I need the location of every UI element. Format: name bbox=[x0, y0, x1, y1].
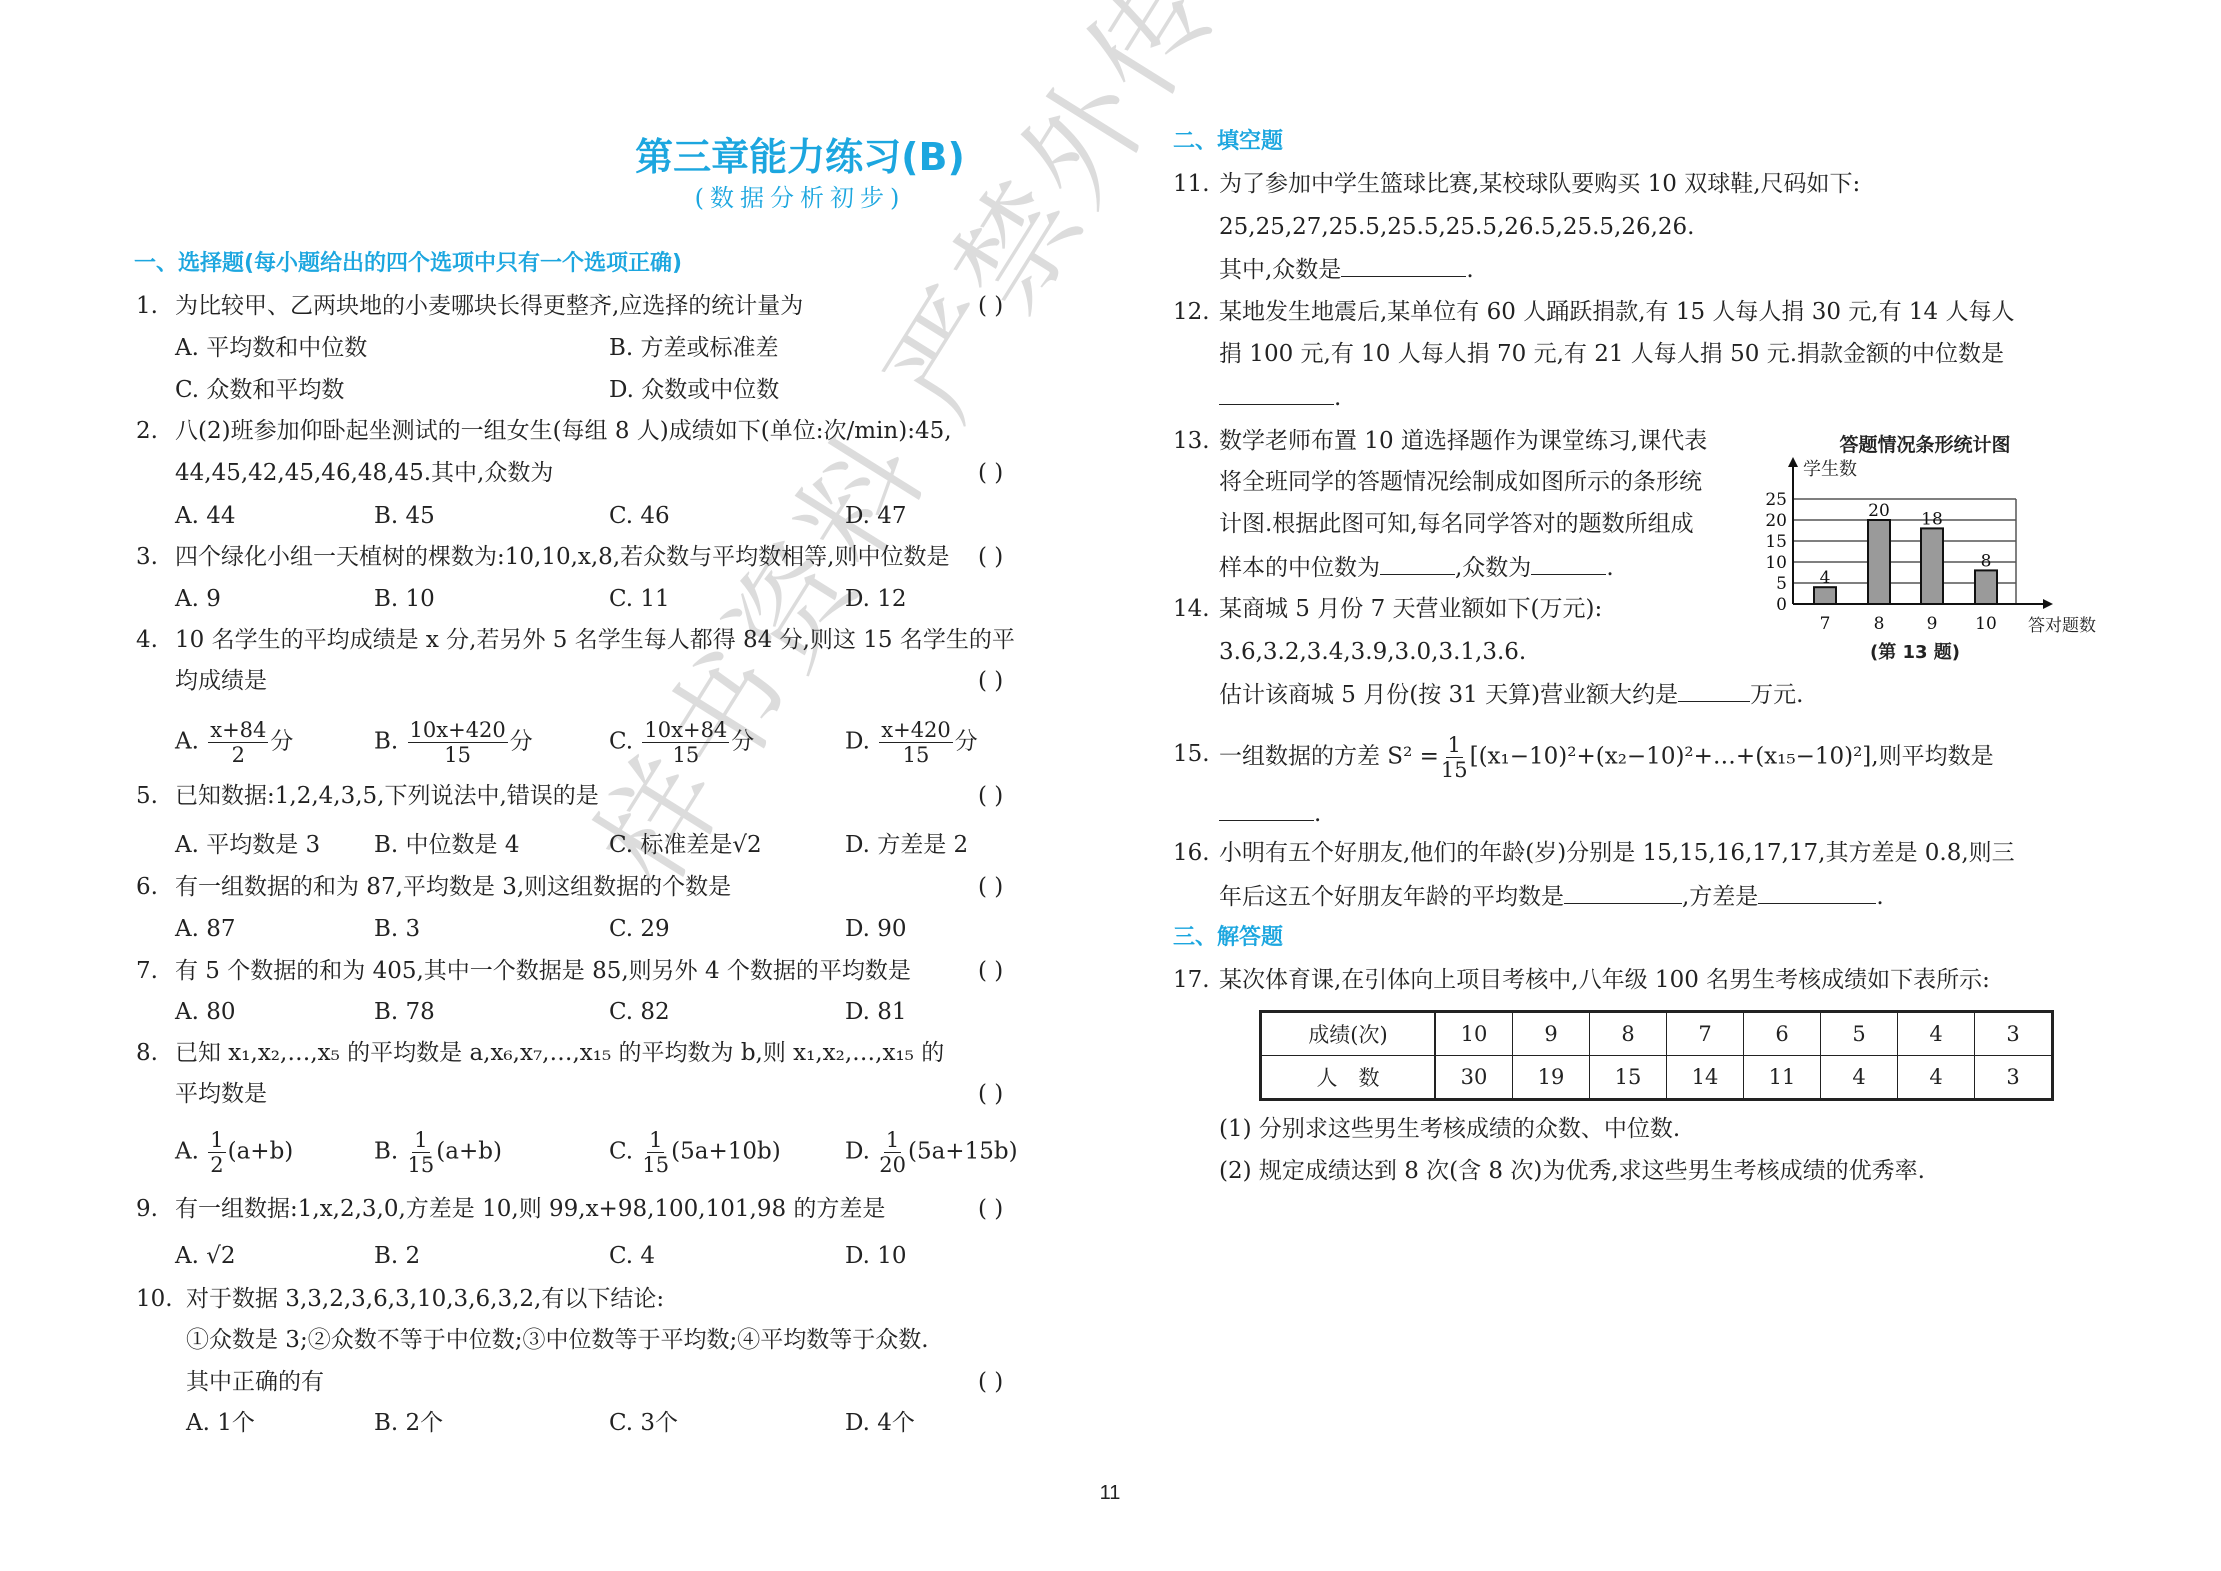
option-b: B. 45 bbox=[374, 501, 435, 531]
option-c: C. 3个 bbox=[609, 1408, 678, 1438]
page-number: 11 bbox=[1090, 1482, 1130, 1505]
table-cell: 3 bbox=[1975, 1056, 2053, 1100]
answer-bracket[interactable]: ( ) bbox=[978, 1367, 1003, 1397]
svg-text:4: 4 bbox=[1820, 568, 1831, 588]
svg-text:25: 25 bbox=[1765, 490, 1787, 510]
option-b: B. 2个 bbox=[374, 1408, 443, 1438]
question-text: 对于数据 3,3,2,3,6,3,10,3,6,3,2,有以下结论: bbox=[186, 1284, 664, 1314]
option-c: C. 46 bbox=[609, 501, 670, 531]
question-text: 某次体育课,在引体向上项目考核中,八年级 100 名男生考核成绩如下表所示: bbox=[1219, 965, 1990, 995]
question-text: 平均数是 bbox=[175, 1079, 267, 1109]
question-number: 16. bbox=[1173, 838, 1210, 868]
svg-text:5: 5 bbox=[1776, 574, 1787, 594]
option-a: A. 9 bbox=[175, 584, 221, 614]
question-text: ①众数是 3;②众数不等于中位数;③中位数等于平均数;④平均数等于众数. bbox=[186, 1325, 929, 1355]
question-number: 5. bbox=[136, 781, 158, 811]
svg-text:20: 20 bbox=[1868, 501, 1890, 521]
question-text: 样本的中位数为,众数为. bbox=[1219, 552, 1614, 583]
table-cell: 3 bbox=[1975, 1012, 2053, 1056]
question-number: 13. bbox=[1173, 426, 1210, 456]
table-row: 人 数 30 19 15 14 11 4 4 3 bbox=[1261, 1056, 2053, 1100]
answer-blank[interactable] bbox=[1219, 382, 1334, 405]
question-text: 计图.根据此图可知,每名同学答对的题数所组成 bbox=[1219, 509, 1694, 539]
option-a: A. 平均数是 3 bbox=[175, 830, 320, 860]
option-c: C. 10x+8415分 bbox=[609, 718, 754, 767]
answer-bracket[interactable]: ( ) bbox=[978, 291, 1003, 321]
option-a: A. 平均数和中位数 bbox=[175, 333, 367, 363]
question-text: 10 名学生的平均成绩是 x 分,若另外 5 名学生每人都得 84 分,则这 1… bbox=[175, 625, 1015, 655]
option-a: A. 12(a+b) bbox=[175, 1128, 293, 1177]
option-c: C. 11 bbox=[609, 584, 670, 614]
question-text: 其中,众数是. bbox=[1219, 254, 1474, 285]
option-c: C. 4 bbox=[609, 1241, 655, 1271]
svg-text:10: 10 bbox=[1975, 614, 1997, 634]
question-number: 8. bbox=[136, 1038, 158, 1068]
option-d: D. 81 bbox=[845, 997, 907, 1027]
option-d: D. x+42015分 bbox=[845, 718, 978, 767]
question-text: 估计该商城 5 月份(按 31 天算)营业额大约是万元. bbox=[1219, 679, 1803, 710]
table-cell: 19 bbox=[1513, 1056, 1590, 1100]
answer-bracket[interactable]: ( ) bbox=[978, 872, 1003, 902]
row-header: 成绩(次) bbox=[1261, 1012, 1436, 1056]
option-c: C. 115(5a+10b) bbox=[609, 1128, 781, 1177]
table-cell: 7 bbox=[1667, 1012, 1744, 1056]
page-subtitle: (数据分析初步) bbox=[600, 178, 1000, 213]
question-text: 44,45,42,45,46,48,45.其中,众数为 bbox=[175, 458, 553, 488]
question-text: 某地发生地震后,某单位有 60 人踊跃捐款,有 15 人每人捐 30 元,有 1… bbox=[1219, 297, 2015, 327]
question-text: . bbox=[1219, 382, 1341, 413]
fraction: 120 bbox=[879, 1128, 906, 1177]
answer-bracket[interactable]: ( ) bbox=[978, 666, 1003, 696]
table-cell: 10 bbox=[1435, 1012, 1513, 1056]
section-heading-fill: 二、填空题 bbox=[1173, 127, 1283, 157]
table-row: 成绩(次) 10 9 8 7 6 5 4 3 bbox=[1261, 1012, 2053, 1056]
answer-bracket[interactable]: ( ) bbox=[978, 956, 1003, 986]
question-text: 有一组数据的和为 87,平均数是 3,则这组数据的个数是 bbox=[175, 872, 731, 902]
option-b: B. 方差或标准差 bbox=[609, 333, 779, 363]
table-cell: 4 bbox=[1898, 1012, 1975, 1056]
x-axis-label: 答对题数 bbox=[2028, 611, 2096, 636]
svg-text:7: 7 bbox=[1820, 614, 1831, 634]
option-b: B. 中位数是 4 bbox=[374, 830, 519, 860]
table-cell: 9 bbox=[1513, 1012, 1590, 1056]
table-cell: 30 bbox=[1435, 1056, 1513, 1100]
fraction: 115 bbox=[408, 1128, 435, 1177]
question-text: 小明有五个好朋友,他们的年龄(岁)分别是 15,15,16,17,17,其方差是… bbox=[1219, 838, 2015, 868]
option-a: A. 1个 bbox=[186, 1408, 255, 1438]
question-text: 一组数据的方差 S² =115[(x₁−10)²+(x₂−10)²+…+(x₁₅… bbox=[1219, 733, 1994, 782]
question-number: 6. bbox=[136, 872, 158, 902]
question-number: 1. bbox=[136, 291, 158, 321]
question-text: 捐 100 元,有 10 人每人捐 70 元,有 21 人每人捐 50 元.捐款… bbox=[1219, 339, 2004, 369]
table-cell: 4 bbox=[1898, 1056, 1975, 1100]
subquestion-2: (2) 规定成绩达到 8 次(含 8 次)为优秀,求这些男生考核成绩的优秀率. bbox=[1219, 1156, 1925, 1186]
section-heading-choice: 一、选择题(每小题给出的四个选项中只有一个选项正确) bbox=[134, 249, 682, 279]
question-text: 25,25,27,25.5,25.5,25.5,26.5,25.5,26,26. bbox=[1219, 212, 1695, 242]
y-axis-label: 学生数 bbox=[1803, 455, 1857, 481]
variance-blank[interactable] bbox=[1758, 881, 1876, 904]
option-c: C. 82 bbox=[609, 997, 670, 1027]
section-heading-solve: 三、解答题 bbox=[1173, 923, 1283, 953]
question-text: 数学老师布置 10 道选择题作为课堂练习,课代表 bbox=[1219, 426, 1707, 456]
subquestion-1: (1) 分别求这些男生考核成绩的众数、中位数. bbox=[1219, 1114, 1680, 1144]
mean-blank[interactable] bbox=[1564, 881, 1682, 904]
question-text: . bbox=[1219, 798, 1321, 829]
question-text: 已知 x₁,x₂,…,x₅ 的平均数是 a,x₆,x₇,…,x₁₅ 的平均数为 … bbox=[175, 1038, 944, 1068]
question-number: 17. bbox=[1173, 965, 1210, 995]
svg-text:20: 20 bbox=[1765, 511, 1787, 531]
question-text: 某商城 5 月份 7 天营业额如下(万元): bbox=[1219, 594, 1602, 624]
svg-text:0: 0 bbox=[1776, 595, 1787, 615]
question-number: 15. bbox=[1173, 739, 1210, 769]
fraction: 115 bbox=[1441, 733, 1468, 782]
option-c: C. 29 bbox=[609, 914, 670, 944]
fraction: 12 bbox=[208, 1128, 225, 1177]
option-d: D. 12 bbox=[845, 584, 907, 614]
svg-text:8: 8 bbox=[1981, 551, 1992, 571]
question-number: 3. bbox=[136, 542, 158, 572]
option-d: D. 4个 bbox=[845, 1408, 915, 1438]
table-cell: 6 bbox=[1744, 1012, 1821, 1056]
score-table: 成绩(次) 10 9 8 7 6 5 4 3 人 数 30 19 15 14 1… bbox=[1259, 1010, 2054, 1101]
table-cell: 11 bbox=[1744, 1056, 1821, 1100]
option-a: A. 44 bbox=[175, 501, 236, 531]
table-cell: 4 bbox=[1821, 1056, 1898, 1100]
fraction: 10x+8415 bbox=[642, 718, 729, 767]
row-header: 人 数 bbox=[1261, 1056, 1436, 1100]
option-b: B. 10x+42015分 bbox=[374, 718, 533, 767]
svg-text:15: 15 bbox=[1765, 532, 1787, 552]
table-cell: 5 bbox=[1821, 1012, 1898, 1056]
option-d: D. 10 bbox=[845, 1241, 907, 1271]
question-text: 为比较甲、乙两块地的小麦哪块长得更整齐,应选择的统计量为 bbox=[175, 291, 803, 321]
mode-blank[interactable] bbox=[1531, 552, 1606, 575]
question-text: 其中正确的有 bbox=[186, 1367, 324, 1397]
question-number: 7. bbox=[136, 956, 158, 986]
question-text: 四个绿化小组一天植树的棵数为:10,10,x,8,若众数与平均数相等,则中位数是 bbox=[175, 542, 949, 572]
svg-text:18: 18 bbox=[1921, 509, 1943, 529]
fraction: x+42015 bbox=[879, 718, 953, 767]
chart-caption: (第 13 题) bbox=[1855, 638, 1975, 664]
option-b: B. 78 bbox=[374, 997, 435, 1027]
answer-blank[interactable] bbox=[1678, 679, 1750, 702]
question-text: 有一组数据:1,x,2,3,0,方差是 10,则 99,x+98,100,101… bbox=[175, 1194, 885, 1224]
question-text: 已知数据:1,2,4,3,5,下列说法中,错误的是 bbox=[175, 781, 599, 811]
option-b: B. 3 bbox=[374, 914, 420, 944]
question-text: 年后这五个好朋友年龄的平均数是,方差是. bbox=[1219, 881, 1884, 912]
question-text: 均成绩是 bbox=[175, 666, 267, 696]
option-b: B. 10 bbox=[374, 584, 435, 614]
question-number: 11. bbox=[1173, 169, 1210, 199]
table-cell: 14 bbox=[1667, 1056, 1744, 1100]
answer-bracket[interactable]: ( ) bbox=[978, 781, 1003, 811]
question-number: 10. bbox=[136, 1284, 173, 1314]
answer-blank[interactable] bbox=[1341, 254, 1466, 277]
median-blank[interactable] bbox=[1380, 552, 1455, 575]
svg-text:9: 9 bbox=[1927, 614, 1938, 634]
svg-text:8: 8 bbox=[1874, 614, 1885, 634]
option-a: A. x+842分 bbox=[175, 718, 293, 767]
question-text: 将全班同学的答题情况绘制成如图所示的条形统 bbox=[1219, 467, 1702, 497]
option-b: B. 115(a+b) bbox=[374, 1128, 502, 1177]
fraction: x+842 bbox=[208, 718, 268, 767]
page-title: 第三章能力练习(B) bbox=[600, 126, 1000, 181]
table-cell: 15 bbox=[1590, 1056, 1667, 1100]
option-b: B. 2 bbox=[374, 1241, 420, 1271]
fraction: 10x+42015 bbox=[408, 718, 508, 767]
answer-blank[interactable] bbox=[1219, 798, 1314, 821]
option-c: C. 众数和平均数 bbox=[175, 375, 344, 405]
question-text: 有 5 个数据的和为 405,其中一个数据是 85,则另外 4 个数据的平均数是 bbox=[175, 956, 911, 986]
question-number: 14. bbox=[1173, 594, 1210, 624]
option-d: D. 方差是 2 bbox=[845, 830, 968, 860]
option-d: D. 47 bbox=[845, 501, 907, 531]
option-d: D. 众数或中位数 bbox=[609, 375, 779, 405]
fraction: 115 bbox=[642, 1128, 669, 1177]
option-d: D. 90 bbox=[845, 914, 907, 944]
answer-bracket[interactable]: ( ) bbox=[978, 458, 1003, 488]
option-c: C. 标准差是√2 bbox=[609, 830, 762, 860]
question-text: 为了参加中学生篮球比赛,某校球队要购买 10 双球鞋,尺码如下: bbox=[1219, 169, 1860, 199]
chart-title: 答题情况条形统计图 bbox=[1800, 430, 2050, 457]
answer-bracket[interactable]: ( ) bbox=[978, 1079, 1003, 1109]
option-a: A. 80 bbox=[175, 997, 236, 1027]
option-d: D. 120(5a+15b) bbox=[845, 1128, 1018, 1177]
question-text: 八(2)班参加仰卧起坐测试的一组女生(每组 8 人)成绩如下(单位:次/min)… bbox=[175, 416, 952, 446]
answer-bracket[interactable]: ( ) bbox=[978, 542, 1003, 572]
question-number: 4. bbox=[136, 625, 158, 655]
option-a: A. 87 bbox=[175, 914, 236, 944]
option-a: A. √2 bbox=[175, 1241, 236, 1271]
answer-bracket[interactable]: ( ) bbox=[978, 1194, 1003, 1224]
question-number: 2. bbox=[136, 416, 158, 446]
question-text: 3.6,3.2,3.4,3.9,3.0,3.1,3.6. bbox=[1219, 637, 1526, 667]
table-cell: 8 bbox=[1590, 1012, 1667, 1056]
svg-text:10: 10 bbox=[1765, 553, 1787, 573]
question-number: 12. bbox=[1173, 297, 1210, 327]
question-number: 9. bbox=[136, 1194, 158, 1224]
